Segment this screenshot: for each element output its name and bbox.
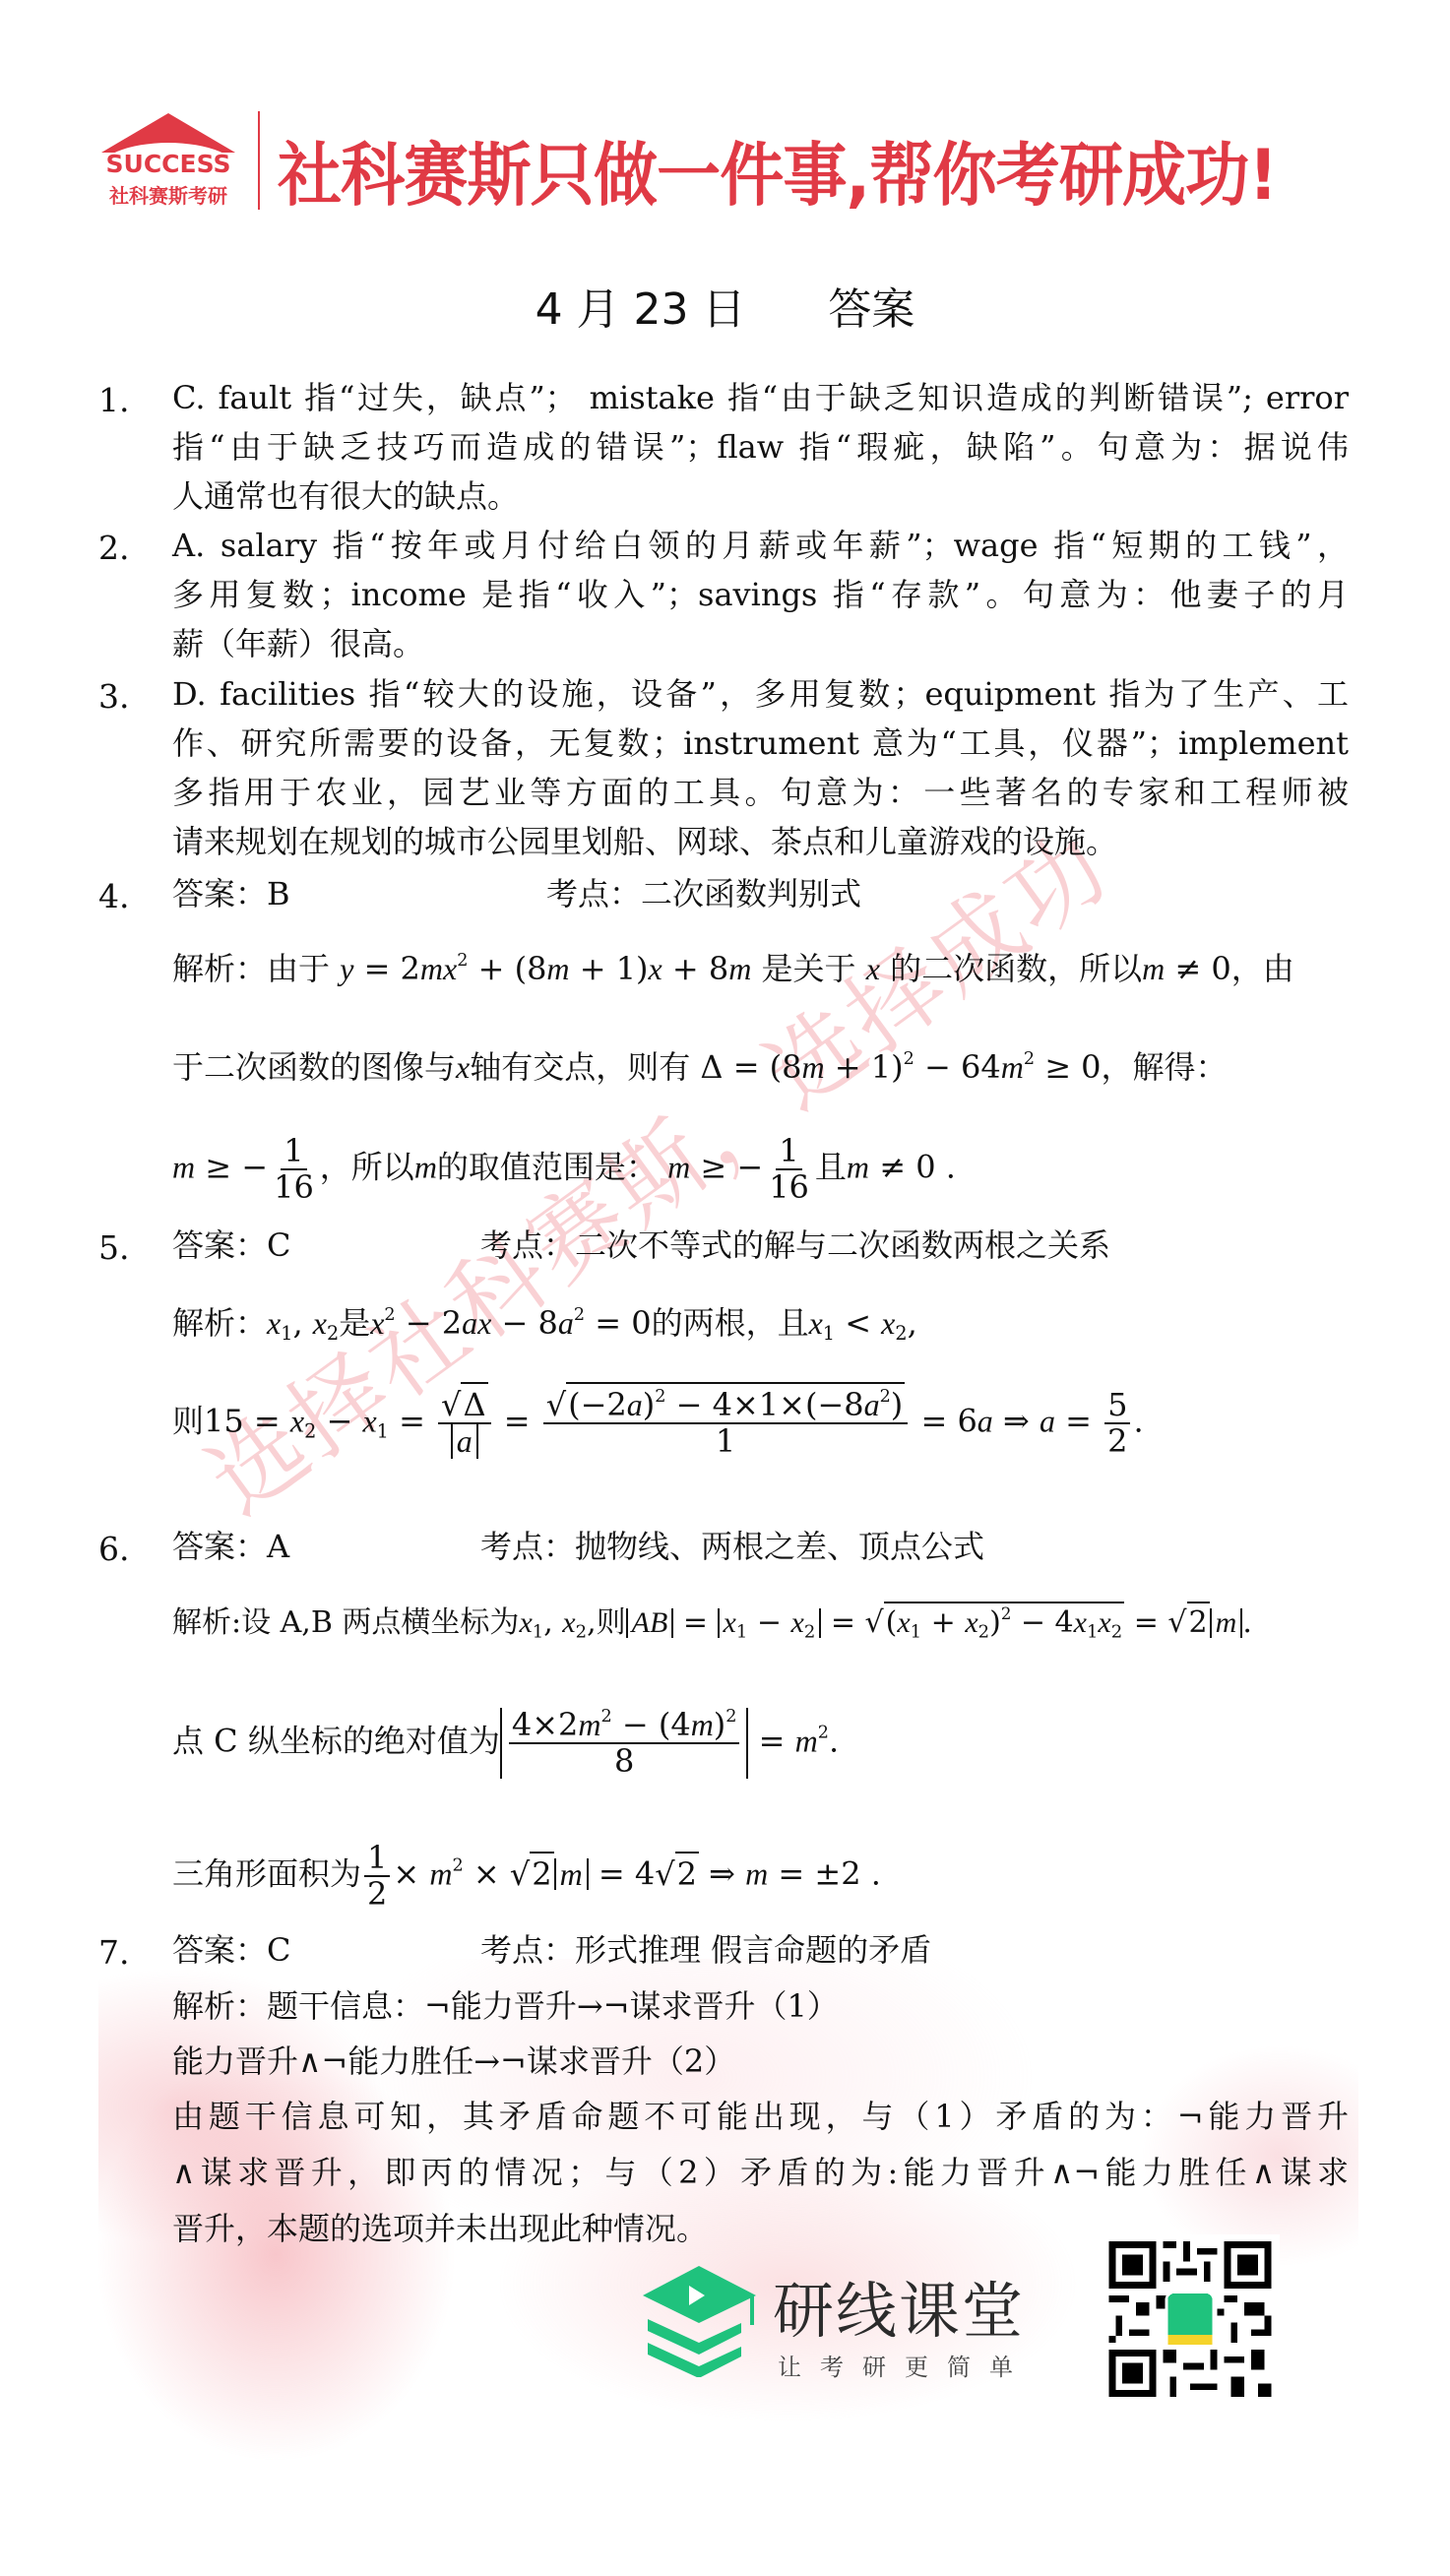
q5-analysis-line-2: 则15 = x2 − x1 = √Δa = √(−2a)2 − 4×1×(−8a… [172, 1388, 1144, 1459]
formula: Δ = (8m + 1)2 − 64m2 ≥ 0 [700, 1048, 1101, 1086]
q6-answer: 答案：A [172, 1531, 289, 1562]
q3-line-2: 作、研究所需要的设备，无复数；instrument 意为“工具，仪器”；impl… [172, 727, 1349, 759]
q6-analysis-line-2: 点 C 纵坐标的绝对值为4×2m2 − (4m)28 = m2. [172, 1708, 839, 1779]
question-number: 4. [98, 877, 130, 915]
q7-line-3: 由题干信息可知，其矛盾命题不可能出现，与（1）矛盾的为：¬能力晋升 [172, 2101, 1349, 2132]
q3-line-1: D. facilities 指“较大的设施，设备”，多用复数；equipment… [172, 678, 1349, 710]
header-divider [258, 111, 260, 210]
q6-kaodian: 考点：抛物线、两根之差、顶点公式 [480, 1531, 984, 1562]
q3-line-3: 多指用于农业，园艺业等方面的工具。句意为：一些著名的专家和工程师被 [172, 777, 1349, 808]
logo-chinese-text: 社科赛斯考研 [98, 180, 238, 209]
question-number: 1. [98, 381, 130, 419]
question-number: 6. [98, 1530, 130, 1568]
q2-line-3: 薪（年薪）很高。 [172, 628, 424, 660]
q4-answer: 答案：B [172, 878, 290, 910]
q7-answer: 答案：C [172, 1934, 291, 1966]
brand-name: 研线课堂 [773, 2262, 1025, 2350]
yanxian-logo-icon [638, 2264, 761, 2377]
qr-code[interactable] [1101, 2234, 1280, 2404]
page-title: 4 月 23 日 答案 [0, 274, 1450, 337]
q4-analysis-line-2: 于二次函数的图像与x轴有交点，则有 Δ = (8m + 1)2 − 64m2 ≥… [172, 1051, 1228, 1083]
brand-tagline: 让考研更简单 [778, 2348, 1032, 2382]
q4-kaodian: 考点：二次函数判别式 [546, 878, 861, 910]
question-number: 2. [98, 529, 130, 567]
q6-analysis-line-3: 三角形面积为12× m2 × √2m = 4√2 ⇒ m = ±2 . [172, 1841, 881, 1912]
question-number: 7. [98, 1933, 130, 1972]
question-number: 3. [98, 677, 130, 716]
q4-analysis-line-3: m ≥ −116，所以m的取值范围是： m ≥ −116且m ≠ 0 . [172, 1134, 956, 1205]
q4-analysis-line-1: 解析：由于 y = 2mx2 + (8m + 1)x + 8m 是关于 x 的二… [172, 953, 1294, 984]
formula: y = 2mx2 + (8m + 1)x + 8m [340, 950, 751, 987]
q1-line-2: 指“由于缺乏技巧而造成的错误”；flaw 指“瑕疵，缺陷”。句意为：据说伟 [172, 431, 1349, 463]
q2-line-2: 多用复数；income 是指“收入”；savings 指“存款”。句意为：他妻子… [172, 579, 1349, 610]
q5-analysis-line-1: 解析：x1, x2是x2 − 2ax − 8a2 = 0的两根，且x1 < x2… [172, 1307, 917, 1339]
question-number: 5. [98, 1228, 130, 1267]
q5-kaodian: 考点：二次不等式的解与二次函数两根之关系 [480, 1229, 1110, 1261]
q7-line-4: ∧谋求晋升，即丙的情况；与（2）矛盾的为:能力晋升∧¬能力胜任∧谋求 [172, 2157, 1349, 2188]
q7-line-5: 晋升，本题的选项并未出现此种情况。 [172, 2213, 708, 2244]
q1-line-1: C. fault 指“过失，缺点”； mistake 指“由于缺乏知识造成的判断… [172, 382, 1349, 413]
q1-line-3: 人通常也有很大的缺点。 [172, 480, 519, 512]
header-slogan: 社科赛斯只做一件事,帮你考研成功! [278, 120, 1277, 220]
q2-line-1: A. salary 指“按年或月付给白领的月薪或年薪”；wage 指“短期的工钱… [172, 530, 1349, 561]
q7-line-2: 能力晋升∧¬能力胜任→¬谋求晋升（2） [172, 2045, 735, 2077]
logo-success-text: SUCCESS [98, 150, 238, 178]
q3-line-4: 请来规划在规划的城市公园里划船、网球、茶点和儿童游戏的设施。 [172, 826, 1117, 857]
q7-kaodian: 考点：形式推理 假言命题的矛盾 [480, 1934, 931, 1966]
q6-analysis-line-1: 解析:设 A,B 两点横坐标为x1, x2,则AB = x1 − x2 = √(… [172, 1608, 1252, 1638]
q7-line-1: 解析：题干信息：¬能力晋升→¬谋求晋升（1） [172, 1990, 839, 2022]
q5-answer: 答案：C [172, 1229, 291, 1261]
